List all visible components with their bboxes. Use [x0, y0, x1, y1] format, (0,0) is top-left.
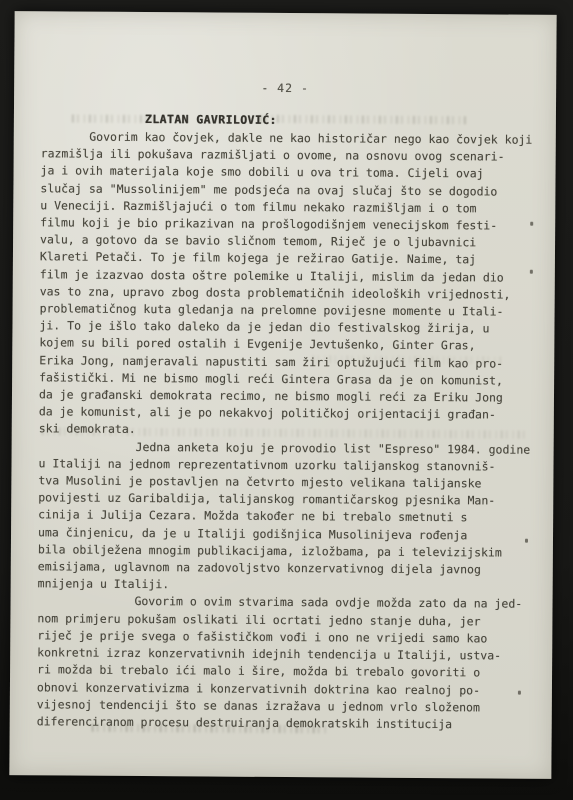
ink-speck — [525, 539, 528, 543]
page-number: - 42 - — [14, 79, 556, 97]
ghost-text-smudge — [312, 355, 502, 364]
paragraph-2: Jedna anketa koju je provodio list "Espr… — [38, 438, 534, 596]
ink-speck — [518, 691, 521, 695]
ink-speck — [530, 270, 533, 274]
ghost-text-smudge — [260, 115, 468, 124]
paragraph-1: Govorim kao čovjek, dakle ne kao histori… — [39, 128, 536, 441]
ink-speck — [530, 222, 533, 226]
ghost-text-smudge — [72, 115, 154, 124]
ghost-text-smudge — [92, 724, 328, 734]
paragraph-3: Govorim o ovim stvarima sada ovdje možda… — [37, 593, 533, 734]
paper-sheet: - 42 - ZLATAN GAVRILOVIĆ: Govorim kao čo… — [9, 11, 556, 779]
